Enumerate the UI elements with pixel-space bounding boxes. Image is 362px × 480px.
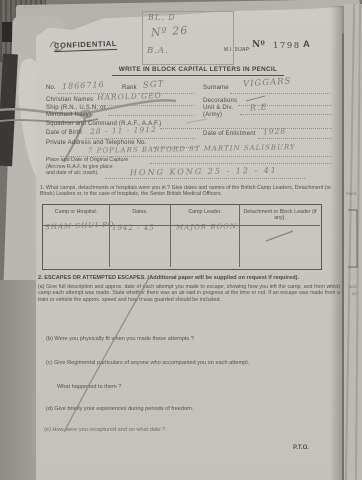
ref-number: 1798 — [273, 43, 301, 50]
field-dob-label: Date of Birth — [46, 130, 82, 137]
field-christian-names-label: Christian Names — [46, 97, 93, 104]
field-rule — [230, 92, 330, 94]
pto-note: P.T.O. — [293, 445, 309, 451]
field-no-label: No. — [46, 85, 56, 92]
table-cell — [240, 226, 320, 267]
stamp-line3: B.A. — [147, 46, 169, 56]
field-rule — [105, 177, 305, 179]
margin-text-fragment: an — [352, 291, 357, 296]
question-1: 1. What camps, detachments or hospitals … — [40, 185, 340, 198]
stamp-box: BL. D Nº 26 B.A. — [142, 11, 234, 65]
field-rule — [240, 113, 332, 115]
field-rule — [160, 127, 332, 129]
field-capture-sublabel: (Aircrew R.A.F. to give place and date o… — [46, 164, 116, 177]
table-row-leader-value: MAJOR BOON. — [176, 222, 240, 231]
table-cell — [110, 226, 171, 267]
scanned-pow-questionnaire-photo: BL. D Nº 26 B.A. CONFIDENTIAL M.I. 9/JAP… — [0, 0, 362, 480]
stamp-line1: BL. D — [148, 13, 176, 22]
question-2c-followup: What happened to them ? — [57, 384, 121, 390]
table-header-detachment: Detachment or Block Leader (if any). — [240, 205, 320, 226]
question-2-heading: 2. ESCAPES OR ATTEMPTED ESCAPES. (Additi… — [38, 275, 340, 281]
table-cell — [43, 226, 110, 267]
question-2e: (e) How were you recaptured and on what … — [44, 427, 165, 433]
question-2d: (d) Give briefly your experiences during… — [46, 406, 193, 412]
field-rank-value: SGT — [143, 79, 165, 90]
field-rule — [258, 137, 332, 139]
dark-edge-fragment — [2, 22, 12, 42]
field-surname-label: Surname — [203, 85, 229, 92]
field-unit-value: R.E — [250, 103, 268, 113]
stamp-line2: Nº 26 — [151, 24, 189, 40]
ref-label: M.I. 9/JAP: — [224, 47, 251, 54]
page-fold-shadow — [330, 6, 344, 480]
form-title: WRITE IN BLOCK CAPITAL LETTERS IN PENCIL — [112, 66, 284, 76]
confidential-heading: CONFIDENTIAL — [54, 39, 117, 52]
field-unit-label: Unit & Div. (Army) — [203, 105, 243, 118]
field-rank-label: Rank — [122, 85, 137, 92]
question-2a: (a) Give full description and approx. da… — [38, 284, 340, 303]
field-rule — [108, 114, 194, 116]
table-cell — [171, 226, 240, 267]
field-enlistment-label: Date of Enlistment — [203, 131, 256, 138]
margin-text-fragment: ment — [346, 191, 356, 196]
question-2c: (c) Give Regimental particulars of anyon… — [46, 360, 249, 366]
table-row-dates-value: 1942 - 45 — [112, 224, 155, 232]
ref-no-symbol: Nº — [252, 42, 265, 49]
table-header-dates: Dates. — [110, 205, 171, 226]
field-rule — [150, 162, 332, 164]
field-capture-label: Place and Date of Original Capture — [46, 157, 146, 163]
field-ship-label: Ship (R.N., U.S.N. or Merchant Navy) — [46, 105, 108, 118]
camps-table: Camp or Hospital. Dates. Camp Leader. De… — [42, 204, 322, 270]
ref-series-letter: A — [303, 42, 310, 49]
left-page-edge-shading — [0, 280, 38, 480]
margin-text-fragment: and — [349, 284, 357, 289]
field-enlistment-value: 1928 — [263, 126, 287, 136]
field-decorations-label: Decorations — [203, 98, 237, 105]
question-2b: (b) Were you physically fit when you mad… — [46, 336, 194, 342]
field-rule — [85, 137, 195, 139]
